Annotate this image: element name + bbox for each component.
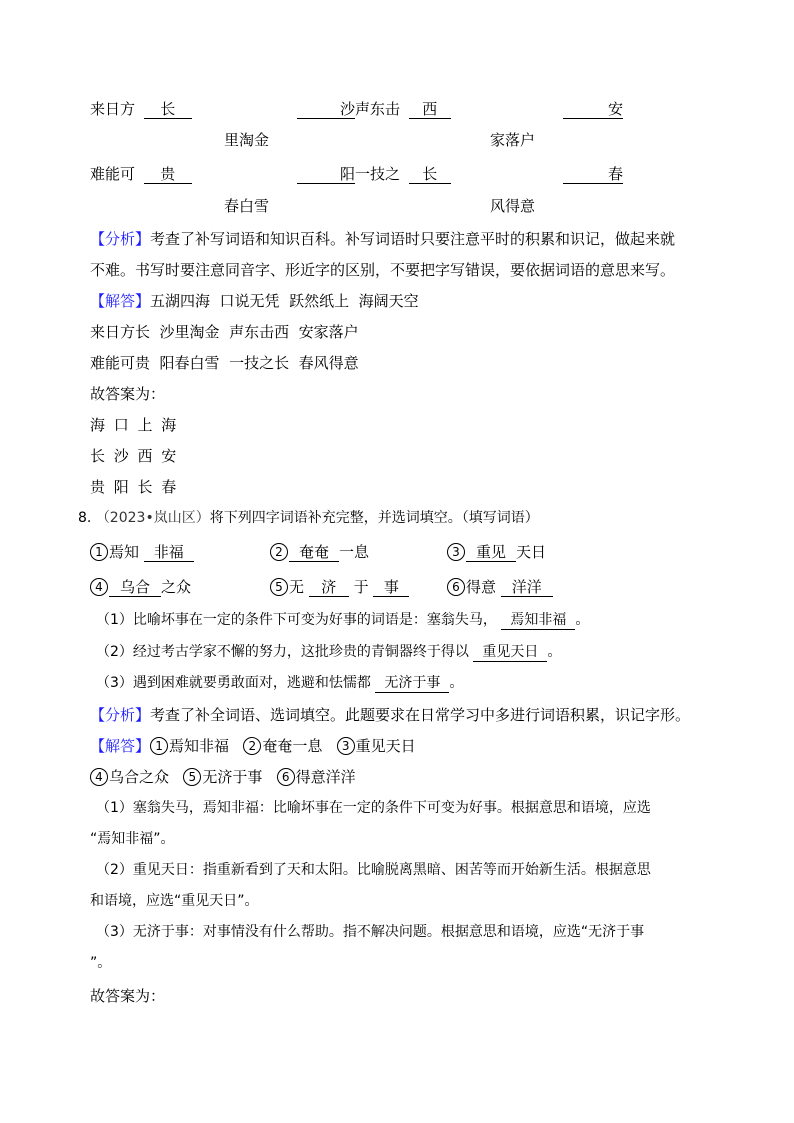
q8-explanation-3: （3）无济于事：对事情没有什么帮助。指不解决问题。根据意思和语境，应选“无济于事 (96, 922, 644, 942)
q8-answer-line1: 【解答】1焉知非福 2奄奄一息 3重见天日 (90, 736, 416, 756)
q8-header: 8. （2023•岚山区）将下列四字词语补充完整，并选词填空。（填写词语） (78, 508, 539, 528)
q7-analysis-line2: 不难。书写时要注意同音字、形近字的区别，不要把字写错误，要依据词语的意思来写。 (90, 260, 675, 280)
circled-number: 1 (150, 737, 168, 755)
item-prefix: 得意 (466, 578, 496, 596)
analysis-tag: 【分析】 (90, 706, 150, 724)
blank-answer: 焉知非福 (501, 611, 575, 630)
q7-answer-row: 长 沙 西 安 (90, 446, 176, 466)
blank-answer: 事 (373, 578, 409, 597)
circled-number: 5 (270, 578, 288, 596)
blank-answer: 沙 (297, 100, 355, 119)
answer-word: 乌合之众 (109, 768, 169, 786)
grid-row2-c: 春 (563, 164, 623, 184)
fill-end: 。 (575, 612, 589, 628)
analysis-text: 考查了补全词语、选词填空。此题要求在日常学习中多进行词语积累，识记字形。 (150, 706, 690, 724)
blank-answer: 非福 (144, 543, 194, 562)
fill-text: （1）比喻坏事在一定的条件下可变为好事的词语是：塞翁失马， (96, 612, 497, 628)
q8-item-2: 2奄奄一息 (270, 542, 369, 562)
q8-answer-line2: 4乌合之众 5无济于事 6得意洋洋 (90, 767, 356, 787)
q7-answer-line3: 难能可贵 阳春白雪 一技之长 春风得意 (90, 353, 359, 373)
word-prefix: 来日方 (90, 100, 135, 118)
q8-item-4: 4乌合之众 (90, 577, 191, 597)
q8-explanation-2-cont: 和语境，应选“重见天日”。 (90, 891, 259, 911)
answer-word: 得意洋洋 (296, 768, 356, 786)
circled-number: 6 (277, 768, 295, 786)
q7-answer-line2: 来日方长 沙里淘金 声东击西 安家落户 (90, 322, 359, 342)
circled-number: 4 (90, 578, 108, 596)
q8-item-6: 6得意 洋洋 (447, 577, 553, 597)
analysis-tag: 【分析】 (90, 230, 150, 248)
question-prompt: 将下列四字词语补充完整，并选词填空。（填写词语） (210, 510, 539, 526)
fill-end: 。 (449, 675, 463, 691)
word-suffix: 声东击 (355, 100, 400, 118)
blank-answer: 乌合 (109, 578, 161, 597)
q8-explanation-1: （1）塞翁失马，焉知非福：比喻坏事在一定的条件下可变为好事。根据意思和语境，应选 (96, 798, 651, 818)
q8-analysis: 【分析】考查了补全词语、选词填空。此题要求在日常学习中多进行词语积累，识记字形。 (90, 705, 690, 725)
grid-row1-b: 沙声东击 西 (297, 99, 451, 119)
grid-row2-b: 阳一技之 长 (297, 164, 451, 184)
answer-word: 重见天日 (356, 737, 416, 755)
grid-sub-text: 里淘金 (224, 130, 269, 150)
q8-fill-2: （2）经过考古学家不懈的努力，这批珍贵的青铜器终于得以 重见天日。 (96, 642, 561, 662)
q8-explanation-1-cont: “焉知非福”。 (90, 829, 175, 849)
blank-answer: 重见 (466, 543, 516, 562)
q7-answer-row: 贵 阳 长 春 (90, 477, 176, 497)
blank-answer: 奄奄 (289, 543, 339, 562)
circled-number: 6 (447, 578, 465, 596)
answer-tag: 【解答】 (90, 292, 150, 310)
q8-fill-3: （3）遇到困难就要勇敢面对，逃避和怯懦都 无济于事。 (96, 673, 463, 693)
answer-word: 奄奄一息 (262, 737, 322, 755)
q8-fill-1: （1）比喻坏事在一定的条件下可变为好事的词语是：塞翁失马， 焉知非福。 (96, 610, 589, 630)
q8-item-5: 5无 济 于 事 (270, 577, 409, 597)
circled-number: 3 (337, 737, 355, 755)
fill-text: （2）经过考古学家不懈的努力，这批珍贵的青铜器终于得以 (96, 644, 469, 660)
answer-word: 焉知非福 (169, 737, 229, 755)
answer-tag: 【解答】 (90, 737, 150, 755)
grid-row2-a: 难能可 贵 (90, 164, 192, 184)
circled-number: 5 (183, 768, 201, 786)
item-suffix: 天日 (516, 543, 546, 561)
circled-number: 3 (447, 543, 465, 561)
blank-answer: 长 (409, 165, 451, 184)
analysis-text: 考查了补写词语和知识百科。补写词语时只要注意平时的积累和识记，做起来就 (150, 230, 675, 248)
fill-text: （3）遇到困难就要勇敢面对，逃避和怯懦都 (96, 675, 371, 691)
q8-explanation-2: （2）重见天日：指重新看到了天和太阳。比喻脱离黑暗、困苦等而开始新生活。根据意思 (96, 860, 651, 880)
circled-number: 2 (270, 543, 288, 561)
blank-answer: 无济于事 (375, 674, 449, 693)
grid-sub-text: 家落户 (490, 130, 535, 150)
blank-answer: 长 (144, 100, 192, 119)
blank-answer: 阳 (297, 165, 355, 184)
document-page: 来日方 长 沙声东击 西 安 里淘金 家落户 难能可 贵 阳一技之 长 春 春白… (0, 0, 794, 1123)
blank-answer: 安 (563, 100, 623, 119)
q8-item-3: 3重见天日 (447, 542, 546, 562)
word-prefix: 难能可 (90, 165, 135, 183)
blank-answer: 重见天日 (473, 643, 547, 662)
q8-explanation-3-cont: ”。 (90, 953, 111, 973)
grid-sub-text: 春白雪 (224, 196, 269, 216)
item-suffix: 一息 (339, 543, 369, 561)
word-suffix: 一技之 (355, 165, 400, 183)
item-suffix: 之众 (161, 578, 191, 596)
item-mid: 于 (354, 578, 369, 596)
fill-end: 。 (547, 644, 561, 660)
question-number: 8. (78, 510, 91, 526)
circled-number: 1 (90, 543, 108, 561)
blank-answer: 春 (563, 165, 623, 184)
answer-word: 无济于事 (202, 768, 262, 786)
q8-conclusion: 故答案为： (90, 986, 165, 1006)
answer-text: 五湖四海 口说无凭 跃然纸上 海阔天空 (150, 292, 419, 310)
circled-number: 2 (243, 737, 261, 755)
grid-row1-c: 安 (563, 99, 623, 119)
item-prefix: 焉知 (109, 543, 139, 561)
q7-answer-row: 海 口 上 海 (90, 415, 176, 435)
q7-conclusion: 故答案为： (90, 384, 165, 404)
blank-answer: 西 (409, 100, 451, 119)
q8-item-1: 1焉知 非福 (90, 542, 194, 562)
blank-answer: 贵 (144, 165, 192, 184)
item-prefix: 无 (289, 578, 304, 596)
circled-number: 4 (90, 768, 108, 786)
blank-answer: 济 (309, 578, 349, 597)
grid-row1-a: 来日方 长 (90, 99, 192, 119)
question-source: （2023•岚山区） (96, 510, 210, 526)
grid-sub-text: 风得意 (490, 196, 535, 216)
blank-answer: 洋洋 (501, 578, 553, 597)
q7-answer-line1: 【解答】五湖四海 口说无凭 跃然纸上 海阔天空 (90, 291, 419, 311)
q7-analysis-line1: 【分析】考查了补写词语和知识百科。补写词语时只要注意平时的积累和识记，做起来就 (90, 229, 675, 249)
